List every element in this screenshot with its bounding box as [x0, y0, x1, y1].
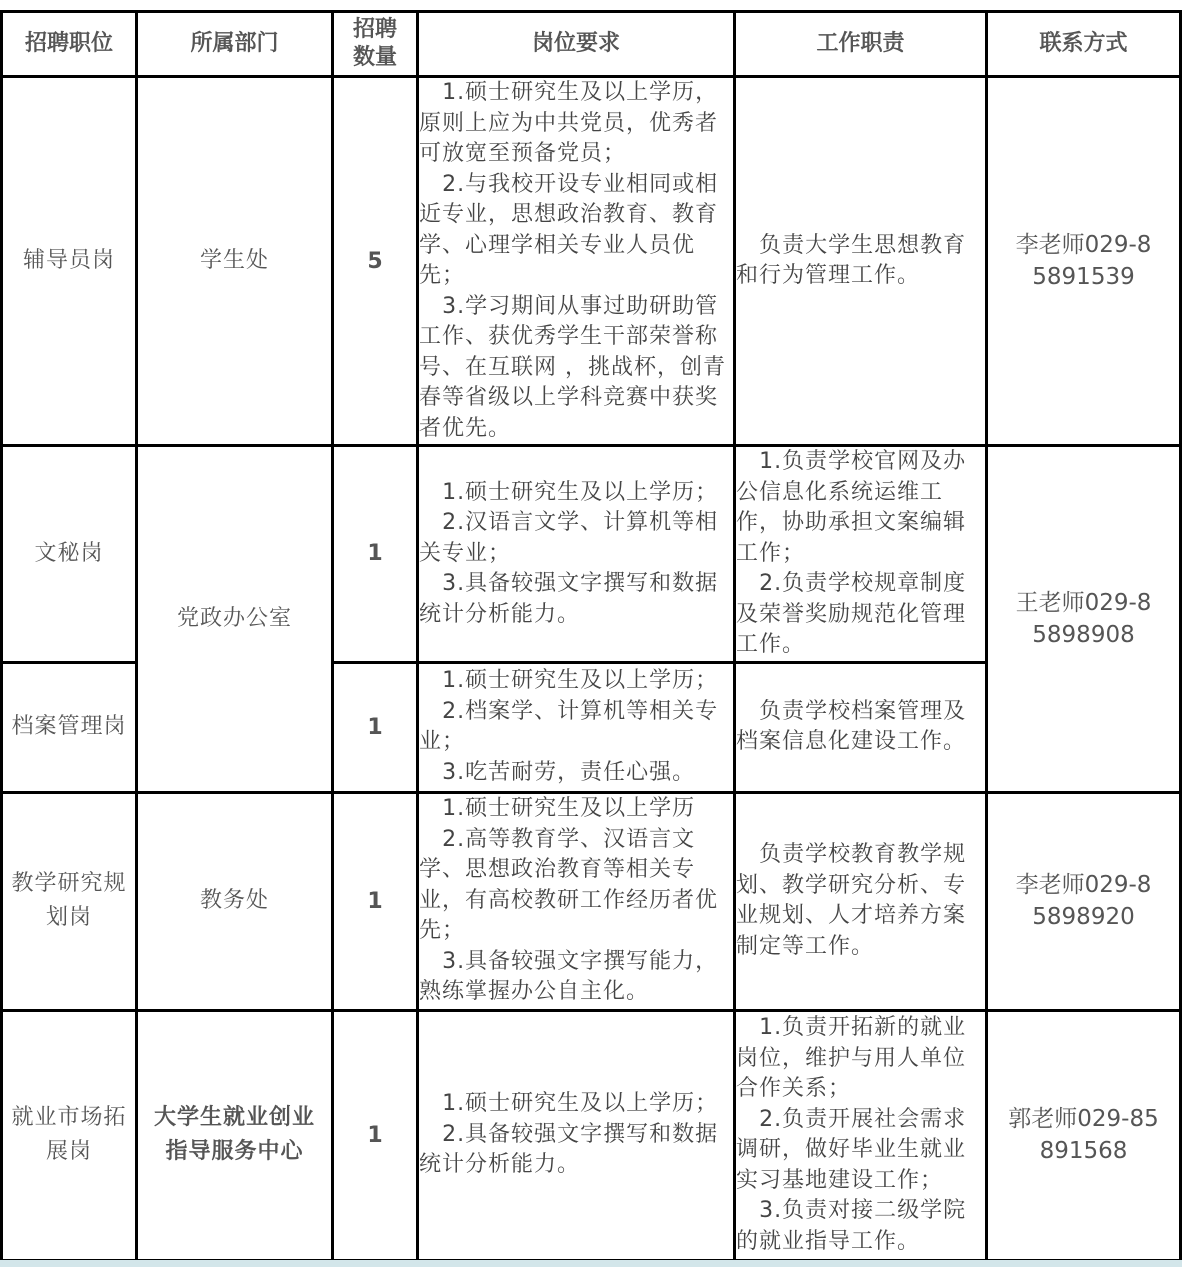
duty-item: 负责学校教育教学规划、教学研究分析、专业规划、人才培养方案制定等工作。 [736, 840, 985, 962]
requirement-item: 2.高等教育学、汉语言文学、思想政治教育等相关专业，有高校教研工作经历者优先； [419, 825, 733, 947]
requirements-cell: 1.硕士研究生及以上学历； 2.档案学、计算机等相关专业； 3.吃苦耐劳，责任心… [418, 662, 735, 792]
duties-cell: 1.负责学校官网及办公信息化系统运维工作，协助承担文案编辑工作； 2.负责学校规… [735, 446, 987, 663]
position-text: 就业市场拓展岗 [10, 1101, 129, 1169]
header-duties: 工作职责 [735, 12, 987, 77]
header-count: 招聘数量 [333, 12, 418, 77]
requirements-cell: 1.硕士研究生及以上学历； 2.汉语言文学、计算机等相关专业； 3.具备较强文字… [418, 446, 735, 663]
table-row: 辅导员岗 学生处 5 1.硕士研究生及以上学历，原则上应为中共党员，优秀者可放宽… [2, 77, 1181, 446]
requirement-item: 2.汉语言文学、计算机等相关专业； [419, 508, 733, 569]
requirements-cell: 1.硕士研究生及以上学历； 2.具备较强文字撰写和数据统计分析能力。 [418, 1010, 735, 1260]
requirement-item: 2.与我校开设专业相同或相近专业，思想政治教育、教育学、心理学相关专业人员优先； [419, 170, 733, 292]
table-row: 文秘岗 党政办公室 1 1.硕士研究生及以上学历； 2.汉语言文学、计算机等相关… [2, 446, 1181, 663]
contact-text: 王老师029-85898908 [1012, 587, 1155, 651]
requirement-item: 3.具备较强文字撰写能力，熟练掌握办公自主化。 [419, 947, 733, 1008]
contact-text: 李老师029-85898920 [1012, 869, 1155, 933]
position-text: 教学研究规划岗 [10, 867, 129, 935]
position-cell: 就业市场拓展岗 [2, 1010, 137, 1260]
duty-item: 1.负责开拓新的就业岗位，维护与用人单位合作关系； [736, 1013, 985, 1105]
requirements-cell: 1.硕士研究生及以上学历，原则上应为中共党员，优秀者可放宽至预备党员； 2.与我… [418, 77, 735, 446]
requirement-item: 1.硕士研究生及以上学历； [419, 666, 733, 697]
duties-cell: 负责学校档案管理及档案信息化建设工作。 [735, 662, 987, 792]
count-cell: 1 [333, 446, 418, 663]
position-cell: 文秘岗 [2, 446, 137, 663]
position-cell: 档案管理岗 [2, 662, 137, 792]
bottom-strip [0, 1260, 1182, 1267]
duty-item: 2.负责开展社会需求调研，做好毕业生就业实习基地建设工作； [736, 1105, 985, 1197]
requirement-item: 1.硕士研究生及以上学历，原则上应为中共党员，优秀者可放宽至预备党员； [419, 78, 733, 170]
duties-cell: 负责大学生思想教育和行为管理工作。 [735, 77, 987, 446]
header-contact: 联系方式 [987, 12, 1181, 77]
duty-item: 3.负责对接二级学院的就业指导工作。 [736, 1196, 985, 1257]
contact-cell: 王老师029-85898908 [987, 446, 1181, 793]
requirement-item: 2.具备较强文字撰写和数据统计分析能力。 [419, 1120, 733, 1181]
department-cell: 党政办公室 [137, 446, 333, 793]
requirement-item: 3.具备较强文字撰写和数据统计分析能力。 [419, 569, 733, 630]
recruitment-table: 招聘职位 所属部门 招聘数量 岗位要求 工作职责 联系方式 辅导员岗 学生处 5… [0, 10, 1182, 1262]
duty-item: 1.负责学校官网及办公信息化系统运维工作，协助承担文案编辑工作； [736, 447, 985, 569]
header-position: 招聘职位 [2, 12, 137, 77]
requirement-item: 1.硕士研究生及以上学历 [419, 794, 733, 825]
requirement-item: 2.档案学、计算机等相关专业； [419, 697, 733, 758]
requirement-item: 3.学习期间从事过助研助管工作、获优秀学生干部荣誉称号、在互联网 ，挑战杯，创青… [419, 292, 733, 445]
duty-item: 负责大学生思想教育和行为管理工作。 [736, 231, 985, 292]
position-cell: 辅导员岗 [2, 77, 137, 446]
header-department: 所属部门 [137, 12, 333, 77]
table-row: 教学研究规划岗 教务处 1 1.硕士研究生及以上学历 2.高等教育学、汉语言文学… [2, 792, 1181, 1010]
table-row: 就业市场拓展岗 大学生就业创业指导服务中心 1 1.硕士研究生及以上学历； 2.… [2, 1010, 1181, 1260]
contact-text: 李老师029-85891539 [1012, 229, 1155, 293]
duty-item: 负责学校档案管理及档案信息化建设工作。 [736, 697, 985, 758]
count-cell: 1 [333, 792, 418, 1010]
count-cell: 1 [333, 1010, 418, 1260]
header-count-text: 招聘数量 [352, 16, 398, 72]
duty-item: 2.负责学校规章制度及荣誉奖励规范化管理工作。 [736, 569, 985, 661]
requirement-item: 1.硕士研究生及以上学历； [419, 1089, 733, 1120]
count-cell: 5 [333, 77, 418, 446]
header-requirements: 岗位要求 [418, 12, 735, 77]
contact-cell: 李老师029-85898920 [987, 792, 1181, 1010]
department-cell: 学生处 [137, 77, 333, 446]
contact-cell: 李老师029-85891539 [987, 77, 1181, 446]
requirement-item: 3.吃苦耐劳，责任心强。 [419, 758, 733, 789]
department-cell: 大学生就业创业指导服务中心 [137, 1010, 333, 1260]
contact-cell: 郭老师029-85891568 [987, 1010, 1181, 1260]
requirements-cell: 1.硕士研究生及以上学历 2.高等教育学、汉语言文学、思想政治教育等相关专业，有… [418, 792, 735, 1010]
department-text: 大学生就业创业指导服务中心 [151, 1101, 318, 1169]
department-cell: 教务处 [137, 792, 333, 1010]
duties-cell: 1.负责开拓新的就业岗位，维护与用人单位合作关系； 2.负责开展社会需求调研，做… [735, 1010, 987, 1260]
count-cell: 1 [333, 662, 418, 792]
recruitment-table-container: 招聘职位 所属部门 招聘数量 岗位要求 工作职责 联系方式 辅导员岗 学生处 5… [0, 10, 1182, 1262]
requirement-item: 1.硕士研究生及以上学历； [419, 478, 733, 509]
duties-cell: 负责学校教育教学规划、教学研究分析、专业规划、人才培养方案制定等工作。 [735, 792, 987, 1010]
position-cell: 教学研究规划岗 [2, 792, 137, 1010]
table-header-row: 招聘职位 所属部门 招聘数量 岗位要求 工作职责 联系方式 [2, 12, 1181, 77]
contact-text: 郭老师029-85891568 [1003, 1103, 1164, 1167]
